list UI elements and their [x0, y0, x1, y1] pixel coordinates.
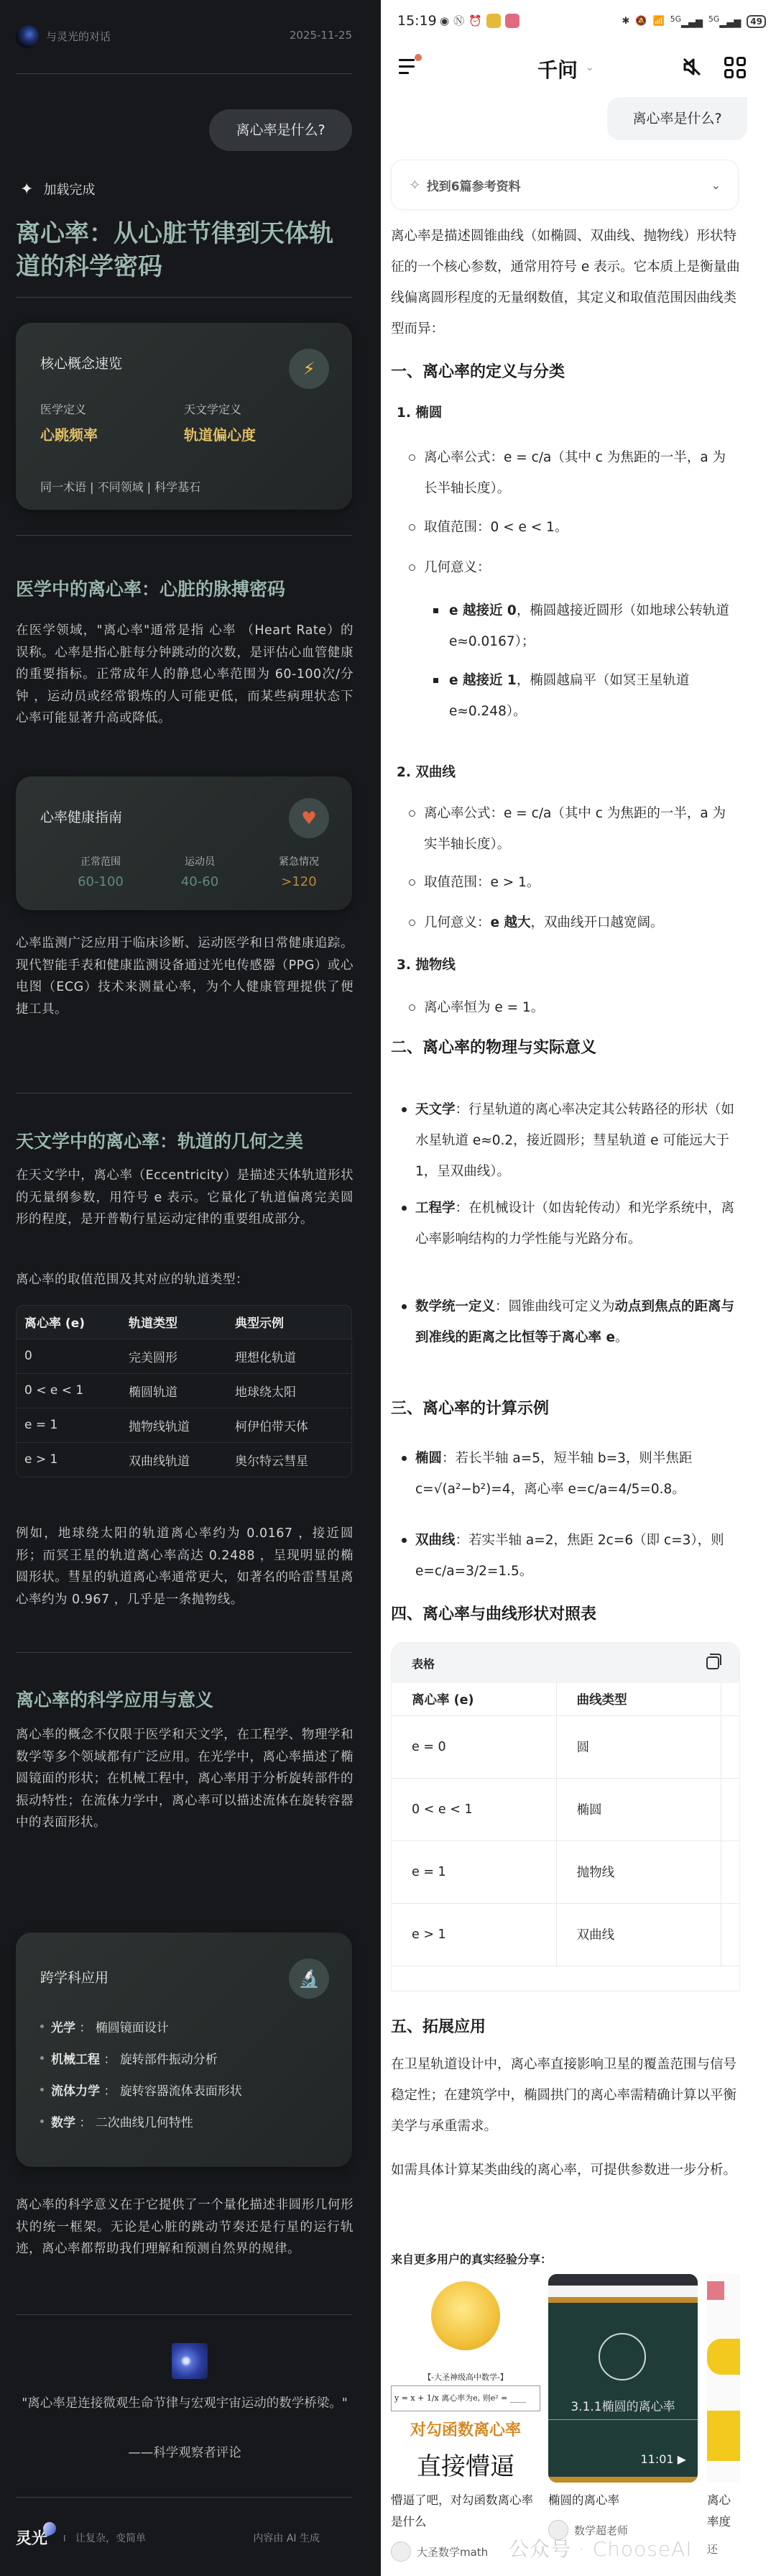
card-author: 还: [707, 2541, 740, 2557]
quote-attribution: ——科学观察者评论: [16, 2443, 354, 2461]
table-label: 表格: [412, 1655, 706, 1672]
list-item: 离心率公式：e = c/a（其中 c 为焦距的一半，a 为长半轴长度）。: [424, 442, 733, 504]
page-title: 离心率：从心脏节律到天体轨道的科学密码: [16, 217, 354, 283]
bluetooth-icon: ✱: [622, 16, 629, 27]
card-title: 心率健康指南: [40, 807, 122, 826]
card-title: 核心概念速览: [40, 353, 122, 372]
divider: [16, 1652, 352, 1653]
stat-normal-range: 正常范围 60-100: [50, 854, 151, 889]
application-item: 光学 ： 椭圆镜面设计: [40, 2017, 169, 2035]
brand-slogan: 让复杂，变简单: [75, 2531, 146, 2545]
table-row: 0 < e < 1 椭圆轨道 地球绕太阳: [17, 1373, 351, 1408]
medical-definition-value: 心跳频率: [40, 423, 98, 444]
list-item: 取值范围：e > 1。: [424, 867, 733, 898]
experience-card[interactable]: 3.1.1椭圆的离心率 11:01 ▶ 椭圆的离心率 数学超老师: [548, 2274, 698, 2540]
references-label: 找到6篇参考资料: [427, 176, 711, 194]
numbered-item-title: 1. 椭圆: [397, 403, 442, 421]
divider: [16, 535, 352, 536]
card-title: 离心率度: [707, 2490, 740, 2533]
medical-definition-label: 医学定义: [40, 400, 86, 417]
signal-icon: 5G▂▄▆: [670, 14, 703, 28]
experience-card[interactable]: 离心率度 还: [707, 2274, 740, 2557]
card-title: 跨学科应用: [40, 1967, 108, 1986]
table-row: 0 完美圆形 理想化轨道: [17, 1339, 351, 1373]
concept-tags: 同一术语 | 不同领域 | 科学基石: [40, 478, 200, 495]
numbered-item-title: 3. 抛物线: [397, 955, 456, 973]
app-title[interactable]: 千问: [537, 55, 578, 83]
application-item: 数学 ： 二次曲线几何特性: [40, 2112, 193, 2130]
extension-paragraph-1: 在卫星轨道设计中，离心率直接影响卫星的覆盖范围与信号稳定性；在建筑学中，椭圆拱门…: [391, 2049, 740, 2142]
alarm-icon: ⏰: [468, 14, 482, 27]
table-intro: 离心率的取值范围及其对应的轨道类型：: [16, 1269, 354, 1291]
stat-emergency: 紧急情况 >120: [249, 854, 349, 889]
list-item: 椭圆：若长半轴 a=5，短半轴 b=3，则半焦距 c=√(a²−b²)=4，离心…: [415, 1443, 736, 1505]
astronomy-definition-label: 天文学定义: [184, 400, 241, 417]
table-row: e > 1双曲线: [392, 1903, 739, 1966]
section-heading: 三、离心率的计算示例: [391, 1396, 549, 1418]
card-thumbnail: [707, 2274, 740, 2483]
footer-separator: I: [63, 2534, 66, 2544]
lightning-icon: ⚡: [289, 349, 329, 389]
microscope-icon: 🔬: [289, 1958, 329, 1999]
table-header-row: 离心率 (e) 轨道类型 典型示例: [17, 1306, 351, 1339]
copy-icon[interactable]: [706, 1656, 719, 1669]
lingguang-avatar: [16, 25, 39, 48]
conversation-title: 与灵光的对话: [46, 29, 111, 44]
list-item: 离心率恒为 e = 1。: [424, 992, 733, 1023]
experience-section-title: 来自更多用户的真实经验分享：: [391, 2250, 552, 2267]
heart-rate-guide-card: 心率健康指南 ♥ 正常范围 60-100 运动员 40-60 紧急情况 >120: [16, 776, 352, 910]
speaker-mute-button[interactable]: [681, 56, 703, 78]
application-item: 流体力学 ： 旋转容器流体表面形状: [40, 2081, 242, 2099]
load-status-label: 加载完成: [43, 180, 95, 198]
bullet-icon: [40, 2088, 44, 2091]
divider: [16, 73, 352, 74]
table-row: e = 1 抛物线轨道 柯伊伯带天体: [17, 1408, 351, 1442]
experience-card[interactable]: 【-大圣神级高中数学-】 y = x + 1/x 离心率为e, 则e² = __…: [391, 2274, 540, 2562]
emoji-face-icon: [431, 2281, 500, 2350]
applications-paragraph-1: 离心率的概念不仅限于医学和天文学，在工程学、物理学和数学等多个领域都有广泛应用。…: [16, 1724, 354, 1834]
video-thumbnail: 3.1.1椭圆的离心率 11:01 ▶: [548, 2274, 698, 2483]
menu-button[interactable]: [399, 58, 415, 76]
table-row: e = 0圆: [392, 1715, 739, 1778]
medical-paragraph-2: 心率监测广泛应用于临床诊断、运动医学和日常健康追踪。现代智能手表和健康监测设备通…: [16, 932, 354, 1020]
eccentricity-shape-table: 表格 离心率 (e) 曲线类型 e = 0圆 0 < e < 1椭圆 e = 1…: [391, 1642, 740, 1991]
closing-quote: "离心率是连接微观生命节律与宏观宇宙运动的数学桥梁。": [16, 2391, 354, 2416]
user-message-bubble: 离心率是什么?: [209, 109, 352, 151]
play-icon: ▶: [678, 2452, 686, 2466]
card-thumbnail: 【-大圣神级高中数学-】 y = x + 1/x 离心率为e, 则e² = __…: [391, 2274, 540, 2483]
table-toolbar: 表格: [392, 1643, 739, 1683]
application-item: 机械工程 ： 旋转部件振动分析: [40, 2049, 218, 2067]
qianwen-chat-panel: 15:19 ◉ Ⓝ ⏰ ✱ 🔕 📶 5G▂▄▆ 5G▂▄▆ 49 千问 ⌄ 离心…: [381, 0, 776, 2576]
notification-dot: [415, 54, 422, 61]
nfc-icon: Ⓝ: [453, 13, 464, 28]
table-row: e > 1 双曲线轨道 奥尔特云彗星: [17, 1442, 351, 1477]
watermark: 公众号 · ChooseAI: [509, 2534, 693, 2562]
orbit-type-table: 离心率 (e) 轨道类型 典型示例 0 完美圆形 理想化轨道 0 < e < 1…: [16, 1305, 352, 1477]
signal-icon: 5G▂▄▆: [708, 14, 741, 28]
section-heading: 二、离心率的物理与实际意义: [391, 1035, 596, 1058]
divider: [16, 2497, 352, 2498]
list-item: 几何意义：: [424, 552, 733, 583]
lingguang-share-panel: 与灵光的对话 2025-11-25 离心率是什么? ✦ 加载完成 离心率：从心脏…: [0, 0, 381, 2576]
system-status-icons: ✱ 🔕 📶 5G▂▄▆ 5G▂▄▆ 49: [622, 14, 766, 28]
applications-paragraph-2: 离心率的科学意义在于它提供了一个量化描述非圆形几何形状的统一框架。无论是心脏的跳…: [16, 2194, 354, 2260]
user-message-bubble: 离心率是什么?: [607, 97, 747, 140]
divider: [16, 2314, 352, 2315]
battery-icon: 49: [747, 15, 766, 28]
medical-paragraph-1: 在医学领域，"离心率"通常是指 心率 （Heart Rate）的误称。心率是指心…: [16, 620, 354, 730]
bullet-icon: [40, 2056, 44, 2060]
sparkle-icon: ✦: [20, 180, 33, 198]
list-item: 数学统一定义：圆锥曲线可定义为动点到焦点的距离与到准线的距离之比恒等于离心率 e…: [415, 1291, 736, 1353]
extension-paragraph-2: 如需具体计算某类曲线的离心率，可提供参数进一步分析。: [391, 2155, 740, 2186]
table-row: e = 1抛物线: [392, 1841, 739, 1903]
table-row: 0 < e < 1椭圆: [392, 1778, 739, 1841]
concept-overview-card: 核心概念速览 ⚡ 医学定义 心跳频率 天文学定义 轨道偏心度 同一术语 | 不同…: [16, 323, 352, 510]
author-avatar: [391, 2541, 411, 2562]
wifi-icon: 📶: [653, 16, 665, 27]
column-header: 典型示例: [227, 1306, 351, 1339]
app-notification-icon: [505, 14, 519, 28]
list-item: 几何意义：e 越大，双曲线开口越宽阔。: [424, 907, 733, 938]
column-header: 离心率 (e): [392, 1683, 556, 1715]
section-heading: 五、拓展应用: [391, 2014, 486, 2037]
apps-grid-button[interactable]: [724, 57, 746, 78]
list-item: e 越接近 1，椭圆越扁平（如冥王星轨道 e≈0.248）。: [449, 665, 733, 727]
card-title: 懵逼了吧，对勾函数离心率是什么: [391, 2490, 540, 2533]
table-header-row: 离心率 (e) 曲线类型: [392, 1683, 739, 1715]
numbered-item-title: 2. 双曲线: [397, 762, 456, 781]
column-header: 轨道类型: [121, 1306, 227, 1339]
card-title: 椭圆的离心率: [548, 2490, 698, 2511]
column-header: 曲线类型: [556, 1683, 721, 1715]
galaxy-icon: [172, 2343, 208, 2379]
conversation-date: 2025-11-25: [290, 29, 352, 42]
divider: [16, 1093, 352, 1094]
chevron-down-icon[interactable]: ⌄: [586, 62, 594, 73]
list-item: 取值范围：0 < e < 1。: [424, 512, 733, 543]
stat-athlete: 运动员 40-60: [149, 854, 250, 889]
references-dropdown[interactable]: ✧ 找到6篇参考资料 ⌄: [391, 160, 739, 210]
list-item: e 越接近 0，椭圆越接近圆形（如地球公转轨道 e≈0.0167）；: [449, 595, 733, 657]
list-item: 天文学：行星轨道的离心率决定其公转路径的形状（如水星轨道 e≈0.2，接近圆形；…: [415, 1094, 736, 1187]
load-status: ✦ 加载完成: [20, 180, 95, 198]
chevron-down-icon: ⌄: [711, 178, 721, 192]
section-heading-medical: 医学中的离心率：心脏的脉搏密码: [16, 575, 285, 601]
list-item: 离心率公式：e = c/a（其中 c 为焦距的一半，a 为实半轴长度）。: [424, 798, 733, 860]
section-heading-applications: 离心率的科学应用与意义: [16, 1686, 213, 1712]
intro-paragraph: 离心率是描述圆锥曲线（如椭圆、双曲线、抛物线）形状特征的一个核心参数，通常用符号…: [391, 221, 740, 344]
bullet-icon: [40, 2119, 44, 2123]
notification-icons: ◉ Ⓝ ⏰: [440, 13, 519, 28]
astronomy-paragraph-2: 例如，地球绕太阳的轨道离心率约为 0.0167 ，接近圆形；而冥王星的轨道离心率…: [16, 1523, 354, 1610]
cross-discipline-card: 跨学科应用 🔬 光学 ： 椭圆镜面设计 机械工程 ： 旋转部件振动分析 流体力学…: [16, 1933, 352, 2167]
sparkle-icon: ✧: [409, 176, 421, 193]
list-item: 工程学：在机械设计（如齿轮传动）和光学系统中，离心率影响结构的力学性能与光路分布…: [415, 1193, 736, 1255]
globe-icon: [599, 2333, 646, 2380]
heart-icon: ♥: [289, 798, 329, 838]
section-heading-astronomy: 天文学中的离心率：轨道的几何之美: [16, 1127, 303, 1153]
bullet-icon: [40, 2025, 44, 2028]
eye-icon: ◉: [440, 14, 449, 27]
section-heading: 一、离心率的定义与分类: [391, 359, 565, 382]
astronomy-paragraph-1: 在天文学中，离心率（Eccentricity）是描述天体轨道形状的无量纲参数，用…: [16, 1165, 354, 1231]
mute-bell-icon: 🔕: [635, 16, 647, 27]
list-item: 双曲线：若实半轴 a=2，焦距 2c=6（即 c=3），则 e=c/a=3/2=…: [415, 1525, 736, 1587]
section-heading: 四、离心率与曲线形状对照表: [391, 1602, 596, 1624]
divider: [16, 297, 352, 298]
app-notification-icon: [486, 14, 501, 28]
ai-generated-notice: 内容由 AI 生成: [253, 2531, 320, 2545]
astronomy-definition-value: 轨道偏心度: [184, 423, 256, 444]
status-time: 15:19: [397, 13, 437, 29]
column-header: 离心率 (e): [17, 1306, 121, 1339]
video-duration: 11:01 ▶: [640, 2452, 686, 2466]
